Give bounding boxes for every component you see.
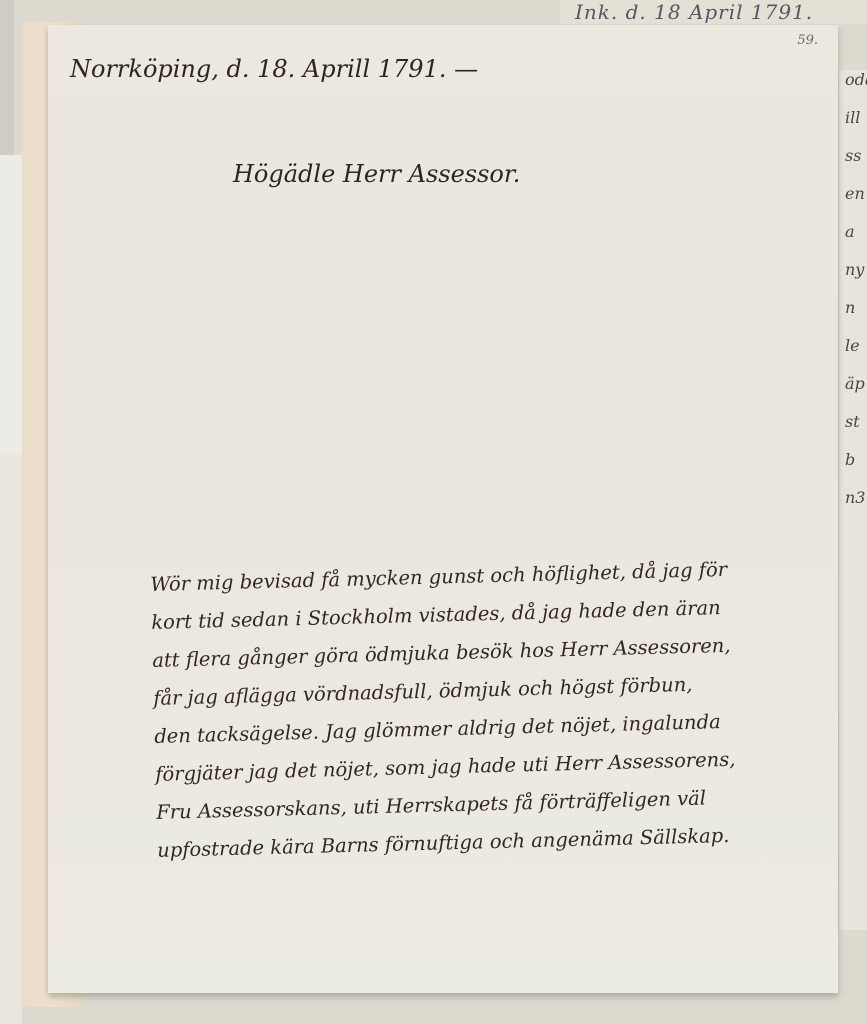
fragment: st (839, 412, 867, 450)
place-date-line: Norrköping, d. 18. Aprill 1791. — (70, 55, 478, 83)
adjacent-page-edge-lower (0, 455, 22, 1024)
fragment: ill (839, 108, 867, 146)
fragment: ss (839, 146, 867, 184)
fragment: en (839, 184, 867, 222)
fragment: b (839, 450, 867, 488)
fragment: äp (839, 374, 867, 412)
fragment: a (839, 222, 867, 260)
letter-sheet: 59. Norrköping, d. 18. Aprill 1791. — Hö… (48, 25, 838, 993)
fragment: n3 (839, 488, 867, 526)
letter-body: Wör mig bevisad få mycken gunst och höfl… (150, 555, 848, 877)
fragment: oda (839, 70, 867, 108)
archive-note: Ink. d. 18 April 1791. (575, 0, 813, 24)
salutation: Högädle Herr Assessor. (233, 160, 520, 188)
fragment: le (839, 336, 867, 374)
fragment: ny (839, 260, 867, 298)
page-number: 59. (797, 33, 818, 48)
fragment: n (839, 298, 867, 336)
